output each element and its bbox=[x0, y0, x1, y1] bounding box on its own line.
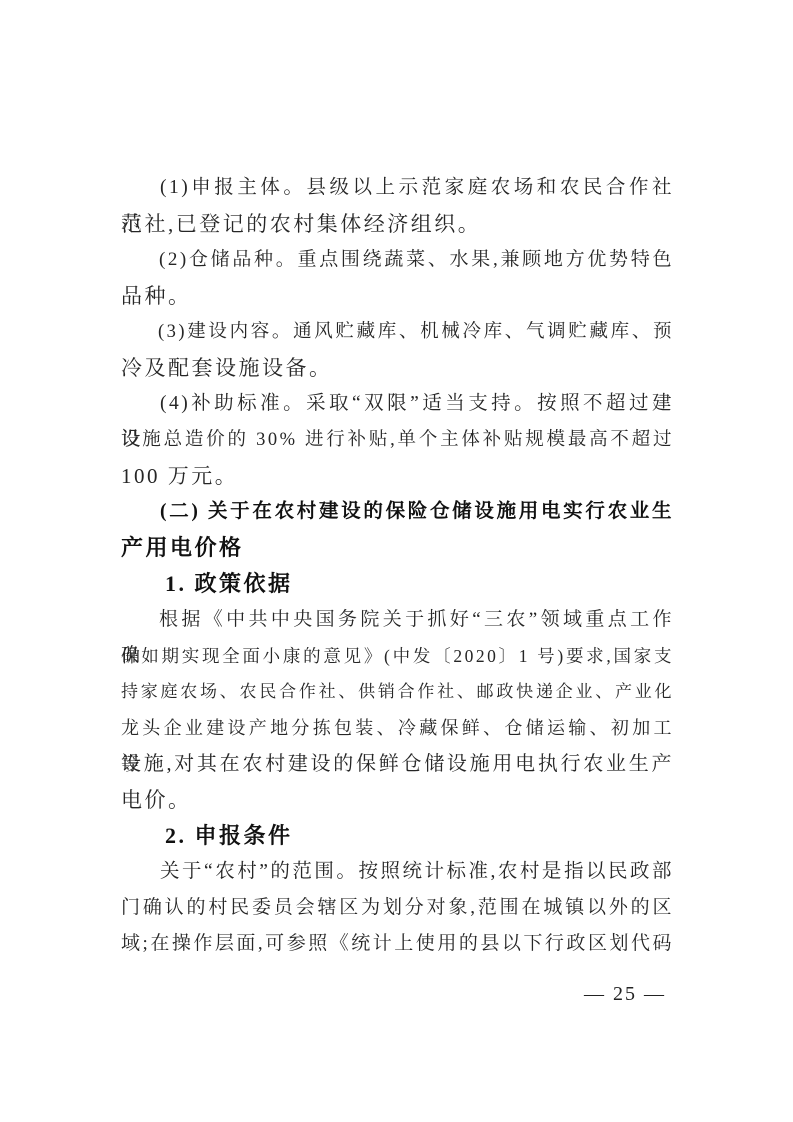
section-heading-rural-storage-electricity: (二) 关于在农村建设的保险仓储设施用电实行农业生产用电价格 bbox=[121, 494, 674, 566]
subsection-heading-line: 1. 政策依据 bbox=[121, 566, 674, 602]
section-heading-line: (二) 关于在农村建设的保险仓储设施用电实行农业生 bbox=[121, 494, 674, 530]
body-text-line: 品种。 bbox=[121, 278, 674, 314]
document-page: (1)申报主体。县级以上示范家庭农场和农民合作社示范社,已登记的农村集体经济组织… bbox=[0, 0, 793, 1122]
body-text-line: (2)仓储品种。重点围绕蔬菜、水果,兼顾地方优势特色 bbox=[121, 242, 674, 278]
body-text-line: 根据《中共中央国务院关于抓好“三农”领域重点工作确 bbox=[121, 602, 674, 638]
body-text-line: 龙头企业建设产地分拣包装、冷藏保鲜、仓储运输、初加工等 bbox=[121, 710, 674, 746]
document-body: (1)申报主体。县级以上示范家庭农场和农民合作社示范社,已登记的农村集体经济组织… bbox=[121, 170, 674, 962]
subheading-policy-basis: 1. 政策依据 bbox=[121, 566, 674, 602]
body-text-line: (4)补助标准。采取“双限”适当支持。按照不超过建设 bbox=[121, 386, 674, 422]
body-text-line: 门确认的村民委员会辖区为划分对象,范围在城镇以外的区 bbox=[121, 890, 674, 926]
body-text-line: 电价。 bbox=[121, 782, 674, 818]
body-text-line: 冷及配套设施设备。 bbox=[121, 350, 674, 386]
subsection-heading-line: 2. 申报条件 bbox=[121, 818, 674, 854]
body-text-line: 设施总造价的 30% 进行补贴,单个主体补贴规模最高不超过 bbox=[121, 422, 674, 458]
body-text-line: (3)建设内容。通风贮藏库、机械冷库、气调贮藏库、预 bbox=[121, 314, 674, 350]
subheading-application-conditions: 2. 申报条件 bbox=[121, 818, 674, 854]
body-text-line: 关于“农村”的范围。按照统计标准,农村是指以民政部 bbox=[121, 854, 674, 890]
para-policy-basis: 根据《中共中央国务院关于抓好“三农”领域重点工作确保如期实现全面小康的意见》(中… bbox=[121, 602, 674, 818]
body-text-line: (1)申报主体。县级以上示范家庭农场和农民合作社示 bbox=[121, 170, 674, 206]
body-text-line: 范社,已登记的农村集体经济组织。 bbox=[121, 206, 674, 242]
body-text-line: 100 万元。 bbox=[121, 458, 674, 494]
page-number: — 25 — bbox=[584, 983, 666, 1006]
para-application-subject: (1)申报主体。县级以上示范家庭农场和农民合作社示范社,已登记的农村集体经济组织… bbox=[121, 170, 674, 242]
body-text-line: 设施,对其在农村建设的保鲜仓储设施用电执行农业生产 bbox=[121, 746, 674, 782]
para-construction-content: (3)建设内容。通风贮藏库、机械冷库、气调贮藏库、预冷及配套设施设备。 bbox=[121, 314, 674, 386]
para-storage-varieties: (2)仓储品种。重点围绕蔬菜、水果,兼顾地方优势特色品种。 bbox=[121, 242, 674, 314]
body-text-line: 保如期实现全面小康的意见》(中发〔2020〕1 号)要求,国家支 bbox=[121, 638, 674, 674]
para-subsidy-standard: (4)补助标准。采取“双限”适当支持。按照不超过建设设施总造价的 30% 进行补… bbox=[121, 386, 674, 494]
para-rural-scope: 关于“农村”的范围。按照统计标准,农村是指以民政部门确认的村民委员会辖区为划分对… bbox=[121, 854, 674, 962]
section-heading-line: 产用电价格 bbox=[121, 530, 674, 566]
body-text-line: 域;在操作层面,可参照《统计上使用的县以下行政区划代码 bbox=[121, 926, 674, 962]
body-text-line: 持家庭农场、农民合作社、供销合作社、邮政快递企业、产业化 bbox=[121, 674, 674, 710]
